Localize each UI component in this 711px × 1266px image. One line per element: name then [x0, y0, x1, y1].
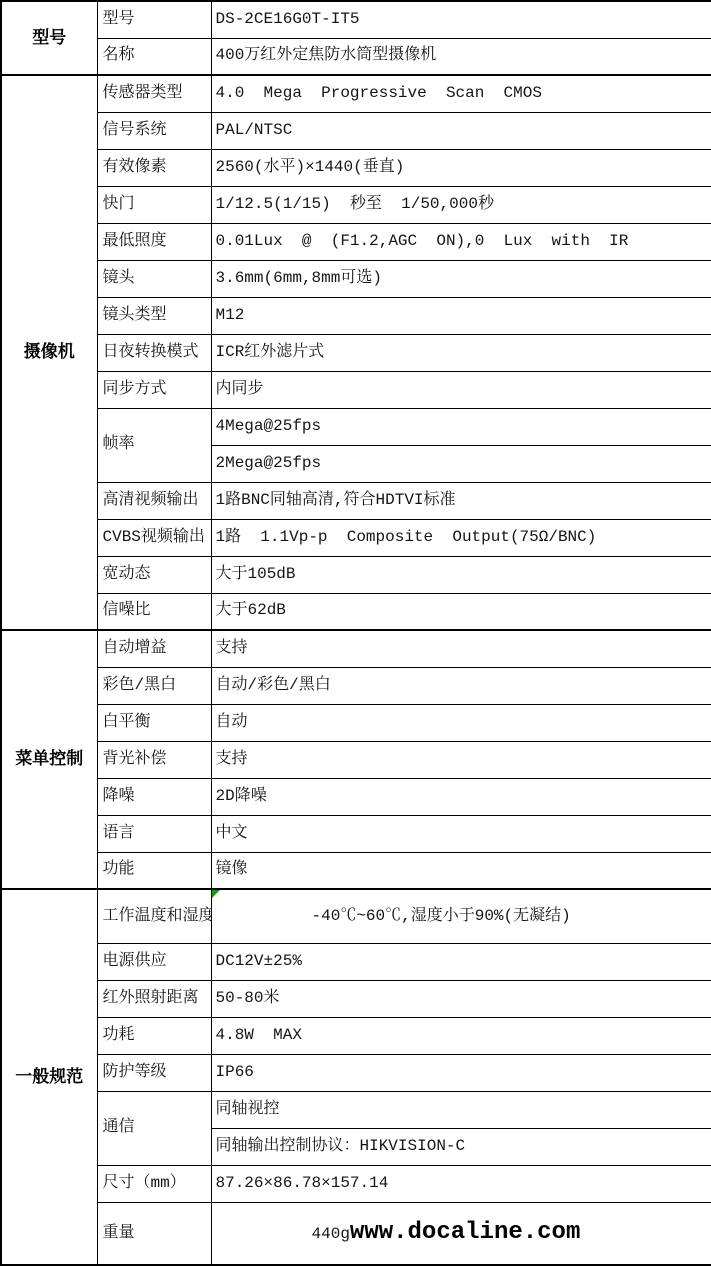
spec-value: 1路BNC同轴高清,符合HDTVI标准	[211, 482, 711, 519]
table-row: 白平衡 自动	[1, 704, 711, 741]
spec-value: 内同步	[211, 371, 711, 408]
spec-label: 电源供应	[97, 943, 211, 980]
table-row: 帧率 4Mega@25fps	[1, 408, 711, 445]
table-row: 重量 440gwww.docaline.com	[1, 1202, 711, 1265]
table-row: 信噪比 大于62dB	[1, 593, 711, 630]
table-row: 尺寸（mm） 87.26×86.78×157.14	[1, 1165, 711, 1202]
table-row: 同步方式 内同步	[1, 371, 711, 408]
spec-label: 重量	[97, 1202, 211, 1265]
spec-label: 语言	[97, 815, 211, 852]
spec-label: 有效像素	[97, 149, 211, 186]
table-row: 通信 同轴视控	[1, 1091, 711, 1128]
table-row: 语言 中文	[1, 815, 711, 852]
spec-value: 同轴视控	[211, 1091, 711, 1128]
spec-label: 功耗	[97, 1017, 211, 1054]
table-row: 电源供应 DC12V±25%	[1, 943, 711, 980]
spec-value: 50-80米	[211, 980, 711, 1017]
spec-label: 降噪	[97, 778, 211, 815]
table-row: 日夜转换模式 ICR红外滤片式	[1, 334, 711, 371]
table-row: 型号 型号 DS-2CE16G0T-IT5	[1, 1, 711, 38]
spec-value: DS-2CE16G0T-IT5	[211, 1, 711, 38]
spec-label: 红外照射距离	[97, 980, 211, 1017]
table-row: 一般规范 工作温度和湿度 -40℃~60℃,湿度小于90%(无凝结)	[1, 889, 711, 943]
spec-label: 镜头类型	[97, 297, 211, 334]
table-row: 镜头类型 M12	[1, 297, 711, 334]
table-row: 红外照射距离 50-80米	[1, 980, 711, 1017]
table-row: 名称 400万红外定焦防水筒型摄像机	[1, 38, 711, 75]
spec-label: 快门	[97, 186, 211, 223]
spec-value: 400万红外定焦防水筒型摄像机	[211, 38, 711, 75]
spec-label: 镜头	[97, 260, 211, 297]
spec-label: CVBS视频输出	[97, 519, 211, 556]
spec-value: 3.6mm(6mm,8mm可选)	[211, 260, 711, 297]
spec-label: 名称	[97, 38, 211, 75]
spec-label: 最低照度	[97, 223, 211, 260]
spec-label: 高清视频输出	[97, 482, 211, 519]
spec-label: 工作温度和湿度	[97, 889, 211, 943]
table-row: 彩色/黑白 自动/彩色/黑白	[1, 667, 711, 704]
table-row: 功耗 4.8W MAX	[1, 1017, 711, 1054]
spec-value: 440gwww.docaline.com	[211, 1202, 711, 1265]
spec-label: 信号系统	[97, 112, 211, 149]
spec-label: 宽动态	[97, 556, 211, 593]
table-row: 镜头 3.6mm(6mm,8mm可选)	[1, 260, 711, 297]
spec-sheet: 型号 型号 DS-2CE16G0T-IT5 名称 400万红外定焦防水筒型摄像机…	[0, 0, 711, 1223]
spec-label: 防护等级	[97, 1054, 211, 1091]
spec-value: 支持	[211, 630, 711, 667]
spec-value: 2Mega@25fps	[211, 445, 711, 482]
table-row: 有效像素 2560(水平)×1440(垂直)	[1, 149, 711, 186]
watermark-text: www.docaline.com	[350, 1219, 580, 1246]
spec-value: 支持	[211, 741, 711, 778]
spec-value: 同轴输出控制协议：HIKVISION-C	[211, 1128, 711, 1165]
spec-label: 自动增益	[97, 630, 211, 667]
category-cell-general-spec: 一般规范	[1, 889, 97, 1265]
spec-value: M12	[211, 297, 711, 334]
category-cell-camera: 摄像机	[1, 75, 97, 630]
spec-label: 功能	[97, 852, 211, 889]
table-row: 防护等级 IP66	[1, 1054, 711, 1091]
table-row: CVBS视频输出 1路 1.1Vp-p Composite Output(75Ω…	[1, 519, 711, 556]
spec-label: 信噪比	[97, 593, 211, 630]
spec-value-text: 440g	[312, 1225, 350, 1243]
spec-label: 彩色/黑白	[97, 667, 211, 704]
spec-value: DC12V±25%	[211, 943, 711, 980]
spec-value: 2560(水平)×1440(垂直)	[211, 149, 711, 186]
spec-value: 1路 1.1Vp-p Composite Output(75Ω/BNC)	[211, 519, 711, 556]
table-row: 功能 镜像	[1, 852, 711, 889]
table-row: 高清视频输出 1路BNC同轴高清,符合HDTVI标准	[1, 482, 711, 519]
spec-label: 日夜转换模式	[97, 334, 211, 371]
spec-label: 通信	[97, 1091, 211, 1165]
spec-label: 背光补偿	[97, 741, 211, 778]
spec-label: 同步方式	[97, 371, 211, 408]
spec-value: 镜像	[211, 852, 711, 889]
table-row: 信号系统 PAL/NTSC	[1, 112, 711, 149]
category-cell-model: 型号	[1, 1, 97, 75]
category-cell-menu-control: 菜单控制	[1, 630, 97, 889]
table-row: 摄像机 传感器类型 4.0 Mega Progressive Scan CMOS	[1, 75, 711, 112]
spec-table: 型号 型号 DS-2CE16G0T-IT5 名称 400万红外定焦防水筒型摄像机…	[0, 0, 711, 1266]
spec-value: 1/12.5(1/15) 秒至 1/50,000秒	[211, 186, 711, 223]
spec-label: 白平衡	[97, 704, 211, 741]
spec-value: -40℃~60℃,湿度小于90%(无凝结)	[211, 889, 711, 943]
spec-value: 中文	[211, 815, 711, 852]
comment-marker-icon	[212, 890, 220, 898]
spec-value: 87.26×86.78×157.14	[211, 1165, 711, 1202]
table-row: 快门 1/12.5(1/15) 秒至 1/50,000秒	[1, 186, 711, 223]
spec-value: 2D降噪	[211, 778, 711, 815]
table-row: 宽动态 大于105dB	[1, 556, 711, 593]
spec-label: 尺寸（mm）	[97, 1165, 211, 1202]
spec-value: 自动	[211, 704, 711, 741]
spec-value: 4.0 Mega Progressive Scan CMOS	[211, 75, 711, 112]
spec-value: 0.01Lux @ (F1.2,AGC ON),0 Lux with IR	[211, 223, 711, 260]
spec-value: 4Mega@25fps	[211, 408, 711, 445]
spec-value: 4.8W MAX	[211, 1017, 711, 1054]
spec-value: IP66	[211, 1054, 711, 1091]
table-row: 菜单控制 自动增益 支持	[1, 630, 711, 667]
spec-value: PAL/NTSC	[211, 112, 711, 149]
table-row: 最低照度 0.01Lux @ (F1.2,AGC ON),0 Lux with …	[1, 223, 711, 260]
spec-value-text: -40℃~60℃,湿度小于90%(无凝结)	[312, 907, 571, 925]
spec-value: ICR红外滤片式	[211, 334, 711, 371]
spec-label: 型号	[97, 1, 211, 38]
spec-value: 自动/彩色/黑白	[211, 667, 711, 704]
spec-value: 大于105dB	[211, 556, 711, 593]
spec-value: 大于62dB	[211, 593, 711, 630]
spec-label: 传感器类型	[97, 75, 211, 112]
table-row: 背光补偿 支持	[1, 741, 711, 778]
spec-label: 帧率	[97, 408, 211, 482]
table-row: 降噪 2D降噪	[1, 778, 711, 815]
